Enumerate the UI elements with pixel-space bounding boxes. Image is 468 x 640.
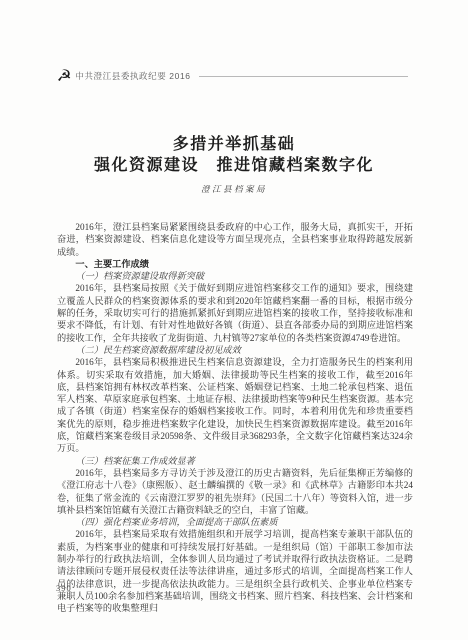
paragraph: 2016年，县档案局多方寻访关于涉及澄江的历史古籍资料，先后征集柳正芳编修的《澄…	[57, 467, 413, 516]
section-heading: （四）强化档案业务培训，全面提高干部队伍素质	[57, 516, 413, 528]
paragraph: 2016年，县档案局采取有效措施组织和开展学习培训，提高档案专兼职干部队伍的素质…	[57, 528, 413, 614]
article-author: 澄江县档案局	[0, 183, 468, 195]
page-number: 390	[56, 583, 72, 593]
section-heading: （二）民生档案资源数据库建设初见成效	[57, 344, 413, 356]
section-heading: 一、主要工作成绩	[57, 258, 413, 270]
header-title: 中共澄江县委执政纪要 2016	[75, 70, 190, 82]
scanned-document-page: ☭ 中共澄江县委执政纪要 2016 多措并举抓基础 强化资源建设 推进馆藏档案数…	[0, 0, 468, 640]
paragraph: 2016年，澄江县档案局紧紧围绕县委政府的中心工作，服务大局，真抓实干，开拓奋进…	[57, 221, 413, 258]
section-heading: （三）档案征集工作成效显著	[57, 455, 413, 467]
page-header: ☭ 中共澄江县委执政纪要 2016	[57, 66, 408, 86]
article-body: 2016年，澄江县档案局紧紧围绕县委政府的中心工作，服务大局，真抓实干，开拓奋进…	[57, 221, 413, 615]
paragraph: 2016年，县档案局积极推进民生档案信息资源建设，全力打造服务民生的档案利用体系…	[57, 356, 413, 454]
header-rule-divider	[199, 76, 408, 77]
article-title: 多措并举抓基础 强化资源建设 推进馆藏档案数字化	[0, 134, 468, 176]
paragraph: 2016年，县档案局按照《关于做好到期应进馆档案移交工作的通知》要求，围绕建立覆…	[57, 282, 413, 343]
article-title-line2: 强化资源建设 推进馆藏档案数字化	[0, 155, 468, 176]
party-emblem-icon: ☭	[57, 68, 72, 84]
article-title-line1: 多措并举抓基础	[0, 134, 468, 155]
section-heading: （一）档案资源建设取得新突破	[57, 270, 413, 282]
